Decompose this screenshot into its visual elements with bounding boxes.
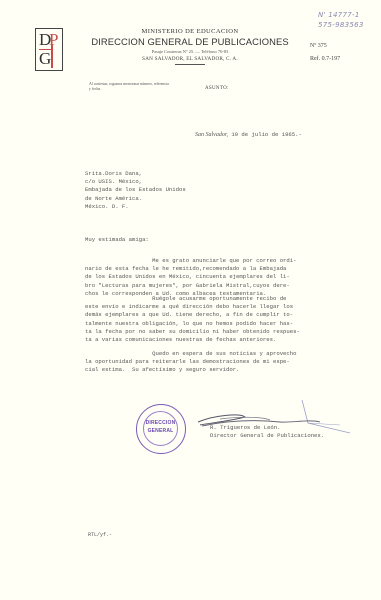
recipient-line: Srita.Doris Dana, bbox=[85, 170, 186, 178]
recipient-line: de Norte América. bbox=[85, 195, 186, 203]
logo-letter-g: G bbox=[39, 50, 51, 67]
reply-note: Al contestar, rogamos mencionar número, … bbox=[89, 82, 169, 91]
letter-page: D G P MINISTERIO DE EDUCACION DIRECCION … bbox=[0, 0, 381, 600]
letterhead-city: SAN SALVADOR, EL SALVADOR, C. A. bbox=[80, 56, 300, 62]
date-city: San Salvador, bbox=[195, 132, 228, 138]
body-paragraph-2: Ruégole acusarme oportunamente recibo de… bbox=[85, 295, 300, 344]
official-stamp: DIRECCION GENERAL bbox=[136, 404, 186, 454]
signer-title: Director General de Publicaciones. bbox=[210, 432, 324, 440]
header-rule bbox=[175, 64, 205, 65]
archive-marks: N' 14777-1 575-983563 bbox=[318, 10, 364, 30]
recipient-line: México. D. F. bbox=[85, 203, 186, 211]
reference-block: Nº 375 Ref. 0.7-197 bbox=[310, 40, 340, 66]
date-text: 19 de julio de 1965.- bbox=[228, 131, 302, 138]
archive-mark-1: N' 14777-1 bbox=[318, 10, 364, 20]
stamp-line-2: GENERAL bbox=[137, 428, 184, 434]
letter-date: San Salvador, 19 de julio de 1965.- bbox=[195, 131, 302, 138]
ministry-name: MINISTERIO DE EDUCACION bbox=[80, 28, 300, 35]
letter-reference: Ref. 0.7-197 bbox=[310, 53, 340, 66]
recipient-line: Embajada de los Estados Unidos bbox=[85, 186, 186, 194]
letterhead-header: MINISTERIO DE EDUCACION DIRECCION GENERA… bbox=[80, 26, 300, 65]
letter-number: Nº 375 bbox=[310, 40, 340, 53]
dgp-logo: D G P bbox=[35, 28, 63, 71]
department-name: DIRECCION GENERAL DE PUBLICACIONES bbox=[80, 36, 300, 47]
body-paragraph-3: Quedo en espera de sus noticias y aprove… bbox=[85, 350, 296, 375]
body-paragraph-1: Me es grato anunciarle que por correo or… bbox=[85, 257, 296, 298]
signer-name: R. Trigueros de León. bbox=[210, 424, 324, 432]
asunto-label: ASUNTO: bbox=[205, 86, 229, 91]
logo-divider bbox=[39, 49, 52, 50]
recipient-address: Srita.Doris Dana,c/o USIS. México,Embaja… bbox=[85, 170, 186, 211]
typist-initials: RTL/yf.- bbox=[88, 532, 112, 538]
letterhead-address: Pasaje Contreras Nº 25. — Teléfono 70-83 bbox=[80, 49, 300, 54]
salutation: Muy estimada amiga: bbox=[85, 236, 149, 243]
archive-mark-2: 575-983563 bbox=[318, 20, 364, 30]
signer-block: R. Trigueros de León.Director General de… bbox=[210, 424, 324, 439]
stamp-line-1: DIRECCION bbox=[137, 420, 184, 426]
recipient-line: c/o USIS. México, bbox=[85, 178, 186, 186]
